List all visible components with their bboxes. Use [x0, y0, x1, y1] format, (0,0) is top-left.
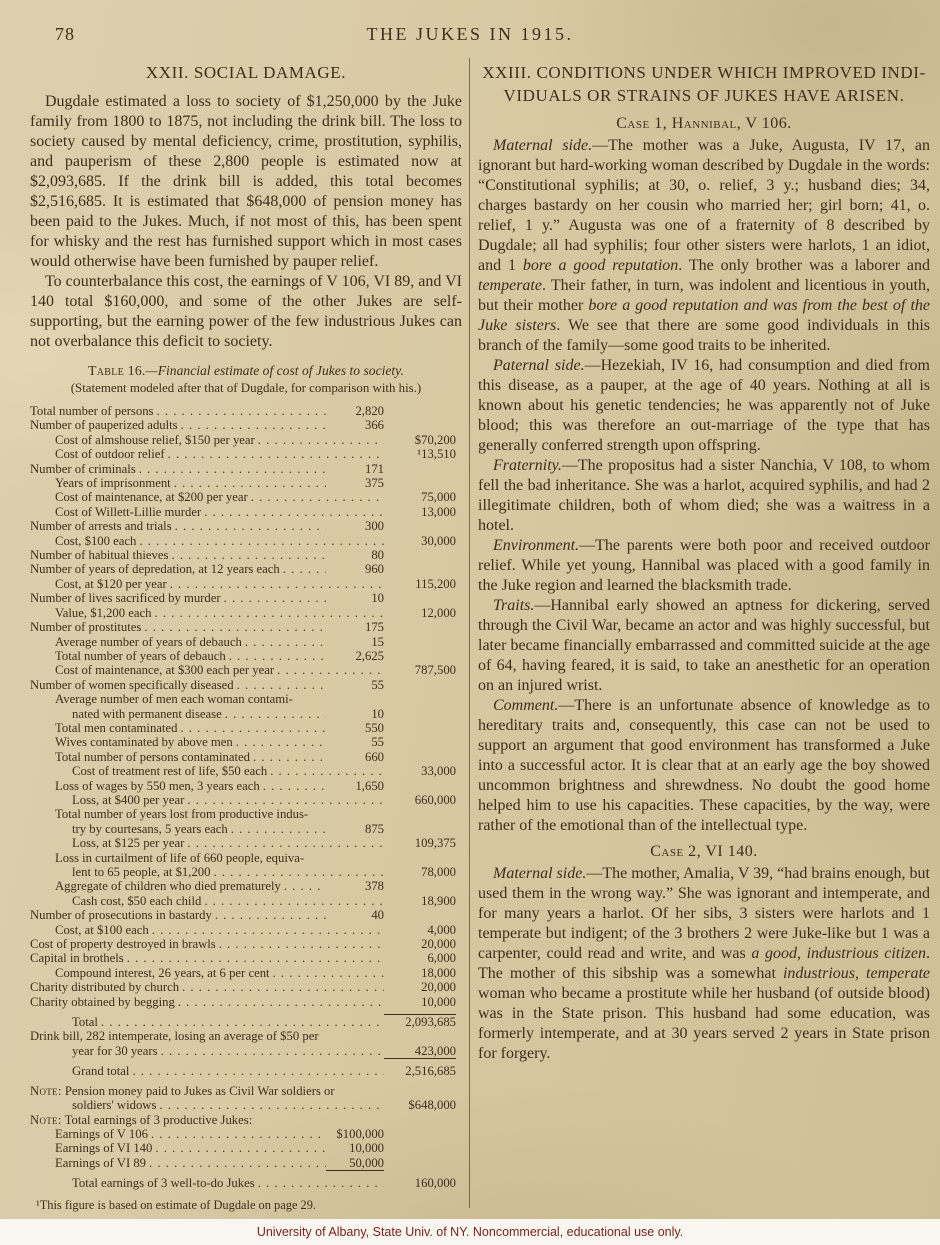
amount-value: 660,000 — [384, 793, 456, 807]
dot-leader — [124, 951, 384, 965]
count-value: 40 — [326, 908, 384, 922]
dot-leader — [98, 1015, 384, 1029]
dot-leader — [212, 908, 326, 922]
row-label: Cost of maintenance, at $300 each per ye… — [55, 663, 274, 677]
row-label: Total number of years lost from producti… — [55, 807, 308, 821]
amount-value: 423,000 — [384, 1044, 456, 1059]
table-row: Note: Pension money paid to Jukes as Civ… — [30, 1084, 462, 1098]
dot-leader — [165, 447, 384, 461]
count-value: 10,000 — [326, 1141, 384, 1155]
row-label: soldiers' widows — [72, 1098, 156, 1112]
row-label: Total men contaminated — [55, 721, 177, 735]
row-label: Grand total — [72, 1064, 129, 1078]
paragraph: Fraternity.—The propositus had a sister … — [478, 456, 930, 536]
table-row: Number of pauperized adults366 — [30, 418, 462, 432]
amount-value: 33,000 — [384, 764, 456, 778]
body-text: . The only brother was a laborer and — [678, 257, 930, 274]
table-row: Total men contaminated550 — [30, 721, 462, 735]
table-row: lent to 65 people, at $1,20078,000 — [30, 865, 462, 879]
italic-text: Comment. — [493, 697, 558, 714]
row-label: Cost of outdoor relief — [55, 447, 165, 461]
row-label: Capital in brothels — [30, 951, 124, 965]
table-row: Cost of Willett-Lillie murder13,000 — [30, 505, 462, 519]
italic-text: Traits. — [493, 597, 534, 614]
table-row: Earnings of VI 8950,000 — [30, 1156, 462, 1171]
row-label: Earnings of VI 140 — [55, 1141, 152, 1155]
count-value: 55 — [326, 678, 384, 692]
row-label: Value, $1,200 each — [55, 606, 152, 620]
amount-value: 109,375 — [384, 836, 456, 850]
dot-leader — [136, 462, 326, 476]
row-label: Number of prosecutions in bastardy — [30, 908, 212, 922]
table-row: Loss of wages by 550 men, 3 years each1,… — [30, 779, 462, 793]
table-row: Grand total2,516,685 — [30, 1064, 462, 1078]
row-label: Cost of property destroyed in brawls — [30, 937, 216, 951]
count-value: 300 — [326, 519, 384, 533]
column-divider — [469, 58, 470, 1208]
table-row: Capital in brothels6,000 — [30, 951, 462, 965]
footer-strip: University of Albany, State Univ. of NY.… — [0, 1219, 940, 1245]
table-row: Number of criminals171 — [30, 462, 462, 476]
count-value: 80 — [326, 548, 384, 562]
table-subcaption: (Statement modeled after that of Dugdale… — [30, 380, 462, 396]
table-row: Earnings of VI 14010,000 — [30, 1141, 462, 1155]
amount-value: $648,000 — [384, 1098, 456, 1112]
dot-leader — [171, 476, 326, 490]
italic-text: Paternal side. — [493, 357, 585, 374]
row-label: Compound interest, 26 years, at 6 per ce… — [55, 966, 270, 980]
row-label: Charity distributed by church — [30, 980, 179, 994]
dot-leader — [136, 534, 384, 548]
dot-leader — [152, 606, 384, 620]
amount-value: 787,500 — [384, 663, 456, 677]
row-label: Charity obtained by begging — [30, 995, 175, 1009]
italic-text: Maternal side. — [493, 865, 586, 882]
row-label: Note: Total earnings of 3 productive Juk… — [30, 1113, 252, 1127]
table-row: Loss in curtailment of life of 660 peopl… — [30, 851, 462, 865]
dot-leader — [201, 894, 384, 908]
paragraph: Traits.—Hannibal early showed an aptness… — [478, 596, 930, 696]
italic-text: industrious, temperate — [783, 965, 930, 982]
table-row: Number of habitual thieves80 — [30, 548, 462, 562]
row-label: Cost, at $100 each — [55, 923, 149, 937]
count-value: 15 — [326, 635, 384, 649]
row-label: Loss of wages by 550 men, 3 years each — [55, 779, 260, 793]
dot-leader — [179, 980, 384, 994]
count-value: 2,625 — [326, 649, 384, 663]
dot-leader — [158, 1044, 384, 1058]
table-row: Total earnings of 3 well-to-do Jukes160,… — [30, 1176, 462, 1190]
table-row: nated with permanent disease10 — [30, 707, 462, 721]
amount-value: 10,000 — [384, 995, 456, 1009]
table-row: Total number of years lost from producti… — [30, 807, 462, 821]
section-heading-xxii: XXII. SOCIAL DAMAGE. — [30, 61, 462, 84]
dot-leader — [177, 721, 326, 735]
table-row: Wives contaminated by above men55 — [30, 735, 462, 749]
row-label: Average number of years of debauch — [55, 635, 242, 649]
row-label: nated with permanent disease — [72, 707, 222, 721]
count-value: 366 — [326, 418, 384, 432]
row-label: Number of years of depredation, at 12 ye… — [30, 562, 280, 576]
heading-line-2: VIDUALS OR STRAINS OF JUKES HAVE ARISEN. — [478, 84, 930, 107]
table-row: Average number of years of debauch15 — [30, 635, 462, 649]
paragraph: Comment.—There is an unfortunate absence… — [478, 696, 930, 836]
table-footnote: ¹This figure is based on estimate of Dug… — [30, 1198, 462, 1213]
row-label-lead: Note: — [30, 1113, 62, 1127]
row-label: Loss in curtailment of life of 660 peopl… — [55, 851, 304, 865]
amount-value: 2,093,685 — [384, 1014, 456, 1029]
table-row: Drink bill, 282 intemperate, losing an a… — [30, 1029, 462, 1043]
financial-estimate-table: Total number of persons2,820Number of pa… — [30, 404, 462, 1191]
table-row: Loss, at $125 per year109,375 — [30, 836, 462, 850]
table-row: Total number of persons contaminated660 — [30, 750, 462, 764]
count-value: $100,000 — [326, 1127, 384, 1141]
amount-value: 2,516,685 — [384, 1064, 456, 1078]
table-row: Average number of men each woman contami… — [30, 692, 462, 706]
table-row: Number of women specifically diseased55 — [30, 678, 462, 692]
count-value: 375 — [326, 476, 384, 490]
case-heading: Case 2, VI 140. — [478, 843, 930, 861]
count-value: 378 — [326, 879, 384, 893]
body-text: woman who became a prostitute while her … — [478, 985, 930, 1062]
dot-leader — [152, 1141, 326, 1155]
table-row: Cost, at $100 each4,000 — [30, 923, 462, 937]
row-label: Total earnings of 3 well-to-do Jukes — [72, 1176, 255, 1190]
table-row: Cost of almshouse relief, $150 per year$… — [30, 433, 462, 447]
section-heading-xxiii: XXIII. CONDITIONS UNDER WHICH IMPROVED I… — [478, 61, 930, 107]
table-row: Number of years of depredation, at 12 ye… — [30, 562, 462, 576]
count-value: 50,000 — [326, 1156, 384, 1171]
dot-leader — [242, 635, 326, 649]
body-text: —There is an unfortunate absence of know… — [478, 697, 930, 834]
dot-leader — [248, 490, 384, 504]
table-row: Total number of years of debauch2,625 — [30, 649, 462, 663]
amount-value: 115,200 — [384, 577, 456, 591]
amount-value: 75,000 — [384, 490, 456, 504]
dot-leader — [280, 562, 326, 576]
dot-leader — [178, 418, 326, 432]
table-row: Number of lives sacrificed by murder10 — [30, 591, 462, 605]
amount-value: 6,000 — [384, 951, 456, 965]
table-row: year for 30 years423,000 — [30, 1044, 462, 1059]
amount-value: 30,000 — [384, 534, 456, 548]
row-label: Cost of Willett-Lillie murder — [55, 505, 201, 519]
dot-leader — [172, 519, 326, 533]
body-text: —The mother was a Juke, Augusta, IV 17, … — [478, 137, 930, 274]
dot-leader — [255, 1176, 384, 1190]
dot-leader — [226, 649, 326, 663]
dot-leader — [141, 620, 326, 634]
row-label: Total number of persons — [30, 404, 154, 418]
table-row: Number of prosecutions in bastardy40 — [30, 908, 462, 922]
amount-value: 12,000 — [384, 606, 456, 620]
row-label: Note: Pension money paid to Jukes as Civ… — [30, 1084, 335, 1098]
dot-leader — [129, 1064, 384, 1078]
row-label: Wives contaminated by above men — [55, 735, 233, 749]
table-row: Cost of outdoor relief¹13,510 — [30, 447, 462, 461]
table-row: Compound interest, 26 years, at 6 per ce… — [30, 966, 462, 980]
dot-leader — [149, 923, 384, 937]
dot-leader — [267, 764, 384, 778]
italic-text: a good, industrious citizen — [751, 945, 926, 962]
row-label: Cost of treatment rest of life, $50 each — [72, 764, 267, 778]
table-row: try by courtesans, 5 years each875 — [30, 822, 462, 836]
amount-value: $70,200 — [384, 433, 456, 447]
row-label: Number of arrests and trials — [30, 519, 172, 533]
dot-leader — [233, 735, 326, 749]
table-row: soldiers' widows$648,000 — [30, 1098, 462, 1112]
dot-leader — [228, 822, 326, 836]
table-row: Number of prostitutes175 — [30, 620, 462, 634]
row-label: Number of habitual thieves — [30, 548, 168, 562]
amount-value: ¹13,510 — [384, 447, 456, 461]
paragraph: Maternal side.—The mother was a Juke, Au… — [478, 136, 930, 356]
table-row: Cost of maintenance, at $300 each per ye… — [30, 663, 462, 677]
heading-line-1: XXIII. CONDITIONS UNDER WHICH IMPROVED I… — [478, 61, 930, 84]
amount-value: 78,000 — [384, 865, 456, 879]
row-label: Number of pauperized adults — [30, 418, 178, 432]
table-row: Years of imprisonment375 — [30, 476, 462, 490]
row-label: Earnings of V 106 — [55, 1127, 148, 1141]
table-row: Total2,093,685 — [30, 1014, 462, 1029]
count-value: 2,820 — [326, 404, 384, 418]
row-label: Loss, at $400 per year — [72, 793, 184, 807]
table-row: Number of arrests and trials300 — [30, 519, 462, 533]
row-label: Number of lives sacrificed by murder — [30, 591, 221, 605]
dot-leader — [281, 879, 326, 893]
count-value: 10 — [326, 707, 384, 721]
italic-text: Environment. — [493, 537, 579, 554]
row-label: Cost of maintenance, at $200 per year — [55, 490, 248, 504]
row-label: Total — [72, 1015, 98, 1029]
dot-leader — [184, 836, 384, 850]
table-row: Earnings of V 106$100,000 — [30, 1127, 462, 1141]
row-label: lent to 65 people, at $1,200 — [72, 865, 210, 879]
dot-leader — [270, 966, 384, 980]
italic-text: Maternal side. — [493, 137, 592, 154]
amount-value: 4,000 — [384, 923, 456, 937]
table-caption: Table 16.—Financial estimate of cost of … — [30, 362, 462, 379]
row-label: Years of imprisonment — [55, 476, 171, 490]
amount-value: 13,000 — [384, 505, 456, 519]
dot-leader — [201, 505, 384, 519]
table-row: Charity distributed by church20,000 — [30, 980, 462, 994]
amount-value: 160,000 — [384, 1176, 456, 1190]
row-label: Earnings of VI 89 — [55, 1156, 146, 1170]
italic-text: bore a good reputation — [523, 257, 678, 274]
table-row: Cost of treatment rest of life, $50 each… — [30, 764, 462, 778]
table-row: Aggregate of children who died premature… — [30, 879, 462, 893]
table-row: Cost, $100 each30,000 — [30, 534, 462, 548]
dot-leader — [221, 591, 326, 605]
paragraph: Maternal side.—The mother, Amalia, V 39,… — [478, 864, 930, 1064]
count-value: 171 — [326, 462, 384, 476]
amount-value: 18,900 — [384, 894, 456, 908]
dot-leader — [222, 707, 326, 721]
count-value: 660 — [326, 750, 384, 764]
table-caption-lead: Table 16. — [88, 363, 146, 378]
row-label: Number of criminals — [30, 462, 136, 476]
dot-leader — [148, 1127, 326, 1141]
dot-leader — [234, 678, 326, 692]
table-row: Cost of maintenance, at $200 per year75,… — [30, 490, 462, 504]
dot-leader — [154, 404, 327, 418]
paragraph-social-damage-1: Dugdale estimated a loss to society of $… — [30, 92, 462, 272]
count-value: 1,650 — [326, 779, 384, 793]
dot-leader — [146, 1156, 326, 1170]
italic-text: temperate — [478, 277, 542, 294]
amount-value: 18,000 — [384, 966, 456, 980]
book-page: 78 THE JUKES IN 1915. XXII. SOCIAL DAMAG… — [0, 0, 940, 1245]
row-label: Drink bill, 282 intemperate, losing an a… — [30, 1029, 319, 1043]
row-label: Aggregate of children who died premature… — [55, 879, 281, 893]
table-caption-title: —Financial estimate of cost of Jukes to … — [146, 363, 404, 378]
italic-text: Fraternity. — [493, 457, 562, 474]
footer-watermark-text: University of Albany, State Univ. of NY.… — [257, 1225, 683, 1239]
row-label: Cost, $100 each — [55, 534, 136, 548]
table-row: Cash cost, $50 each child18,900 — [30, 894, 462, 908]
count-value: 10 — [326, 591, 384, 605]
count-value: 550 — [326, 721, 384, 735]
row-label: try by courtesans, 5 years each — [72, 822, 228, 836]
paragraph-social-damage-2: To counterbalance this cost, the earning… — [30, 272, 462, 352]
row-label: Cost of almshouse relief, $150 per year — [55, 433, 255, 447]
amount-value: 20,000 — [384, 980, 456, 994]
row-label: Average number of men each woman contami… — [55, 692, 293, 706]
row-label-lead: Note: — [30, 1084, 62, 1098]
dot-leader — [168, 548, 326, 562]
table-row: Charity obtained by begging10,000 — [30, 995, 462, 1009]
running-title: THE JUKES IN 1915. — [0, 24, 940, 45]
dot-leader — [156, 1098, 384, 1112]
right-column: XXIII. CONDITIONS UNDER WHICH IMPROVED I… — [478, 58, 930, 1064]
dot-leader — [184, 793, 384, 807]
dot-leader — [175, 995, 384, 1009]
left-column: XXII. SOCIAL DAMAGE. Dugdale estimated a… — [30, 58, 462, 1213]
dot-leader — [167, 577, 384, 591]
table-row: Value, $1,200 each12,000 — [30, 606, 462, 620]
row-label: Total number of persons contaminated — [55, 750, 250, 764]
paragraph: Paternal side.—Hezekiah, IV 16, had cons… — [478, 356, 930, 456]
table-row: Note: Total earnings of 3 productive Juk… — [30, 1113, 462, 1127]
count-value: 175 — [326, 620, 384, 634]
dot-leader — [216, 937, 384, 951]
count-value: 960 — [326, 562, 384, 576]
table-row: Loss, at $400 per year660,000 — [30, 793, 462, 807]
count-value: 875 — [326, 822, 384, 836]
row-label: Cash cost, $50 each child — [72, 894, 201, 908]
row-label: Number of women specifically diseased — [30, 678, 234, 692]
row-label: Loss, at $125 per year — [72, 836, 184, 850]
dot-leader — [274, 663, 384, 677]
row-label: Total number of years of debauch — [55, 649, 226, 663]
dot-leader — [210, 865, 384, 879]
dot-leader — [250, 750, 326, 764]
case-studies: Case 1, Hannibal, V 106.Maternal side.—T… — [478, 115, 930, 1064]
row-label: Number of prostitutes — [30, 620, 141, 634]
amount-value: 20,000 — [384, 937, 456, 951]
table-row: Cost, at $120 per year115,200 — [30, 577, 462, 591]
dot-leader — [255, 433, 384, 447]
count-value: 55 — [326, 735, 384, 749]
table-row: Total number of persons2,820 — [30, 404, 462, 418]
table-row: Cost of property destroyed in brawls20,0… — [30, 937, 462, 951]
row-label: year for 30 years — [72, 1044, 158, 1058]
paragraph: Environment.—The parents were both poor … — [478, 536, 930, 596]
dot-leader — [260, 779, 326, 793]
body-text: —Hannibal early showed an aptness for di… — [478, 597, 930, 694]
case-heading: Case 1, Hannibal, V 106. — [478, 115, 930, 133]
row-label: Cost, at $120 per year — [55, 577, 167, 591]
